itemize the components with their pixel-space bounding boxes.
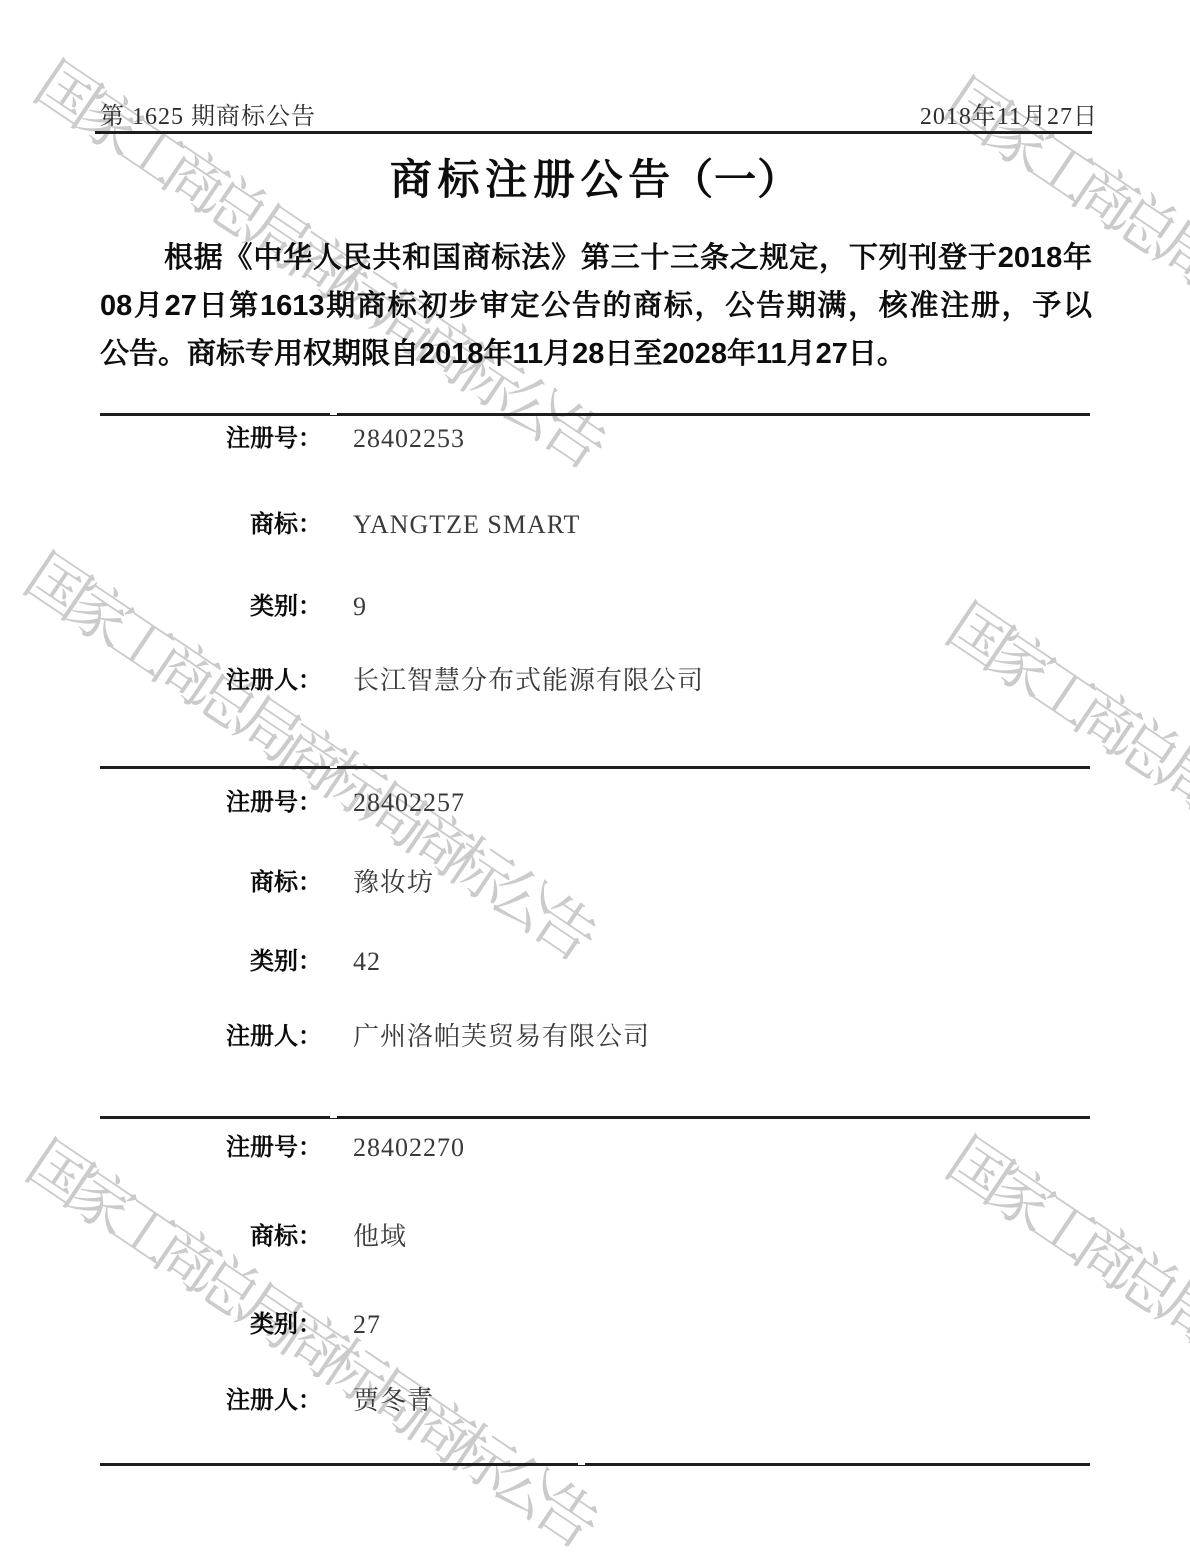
section-divider [100,766,1090,769]
class-value: 42 [353,947,381,977]
entry-1-reg-no-row: 注册号： 28402253 [0,424,1190,458]
header-date: 2018年11月27日 [920,96,1098,131]
class-label: 类别： [100,947,322,977]
intro-line: 08月27日第1613期商标初步审定公告的商标，公告期满，核准注册，予以 [100,282,1092,330]
entry-3-trademark-row: 商标： 他域 [0,1222,1190,1256]
divider-notch [330,413,337,415]
entry-2-trademark-row: 商标： 豫妆坊 [0,868,1190,902]
divider-notch [330,1116,337,1118]
registrant-value: 长江智慧分布式能源有限公司 [353,666,704,696]
intro-paragraph: 根据《中华人民共和国商标法》第三十三条之规定，下列刊登于2018年 08月27日… [100,234,1092,378]
entry-1-trademark-row: 商标： YANGTZE SMART [0,510,1190,544]
trademark-label: 商标： [100,1222,322,1252]
entry-2-reg-no-row: 注册号： 28402257 [0,788,1190,822]
divider-notch [330,766,337,768]
trademark-value: YANGTZE SMART [353,510,580,540]
divider-notch [578,1463,585,1465]
section-divider [100,413,1090,416]
reg-no-label: 注册号： [100,424,322,454]
entry-2-registrant-row: 注册人： 广州洛帕芙贸易有限公司 [0,1022,1190,1056]
entry-3-class-row: 类别： 27 [0,1310,1190,1344]
trademark-label: 商标： [100,510,322,540]
section-divider [100,1116,1090,1119]
page-title: 商 标 注 册 公 告（一） [0,147,1190,207]
intro-line: 公告。商标专用权期限自2018年11月28日至2028年11月27日。 [100,330,1092,378]
reg-no-label: 注册号： [100,1133,322,1163]
class-label: 类别： [100,1310,322,1340]
header-issue-title: 第 1625 期商标公告 [100,96,316,131]
reg-no-value: 28402257 [353,788,465,818]
trademark-value: 他域 [353,1222,407,1252]
section-divider [100,1463,1090,1466]
registrant-value: 贾冬青 [353,1386,434,1416]
entry-3-reg-no-row: 注册号： 28402270 [0,1133,1190,1167]
reg-no-value: 28402270 [353,1133,465,1163]
reg-no-label: 注册号： [100,788,322,818]
registrant-value: 广州洛帕芙贸易有限公司 [353,1022,650,1052]
entry-1-registrant-row: 注册人： 长江智慧分布式能源有限公司 [0,666,1190,700]
reg-no-value: 28402253 [353,424,465,454]
class-value: 9 [353,592,367,622]
intro-line: 根据《中华人民共和国商标法》第三十三条之规定，下列刊登于2018年 [100,234,1092,282]
entry-3-registrant-row: 注册人： 贾冬青 [0,1386,1190,1420]
registrant-label: 注册人： [100,1022,322,1052]
header-rule [95,131,1092,134]
document-page: 国家工商总局商标局商标公告 国家工商总局商标局商标公告 国家工商总局商标局商标公… [0,0,1190,1564]
registrant-label: 注册人： [100,1386,322,1416]
entry-1-class-row: 类别： 9 [0,592,1190,626]
class-value: 27 [353,1310,381,1340]
trademark-label: 商标： [100,868,322,898]
registrant-label: 注册人： [100,666,322,696]
entry-2-class-row: 类别： 42 [0,947,1190,981]
class-label: 类别： [100,592,322,622]
trademark-value: 豫妆坊 [353,868,434,898]
